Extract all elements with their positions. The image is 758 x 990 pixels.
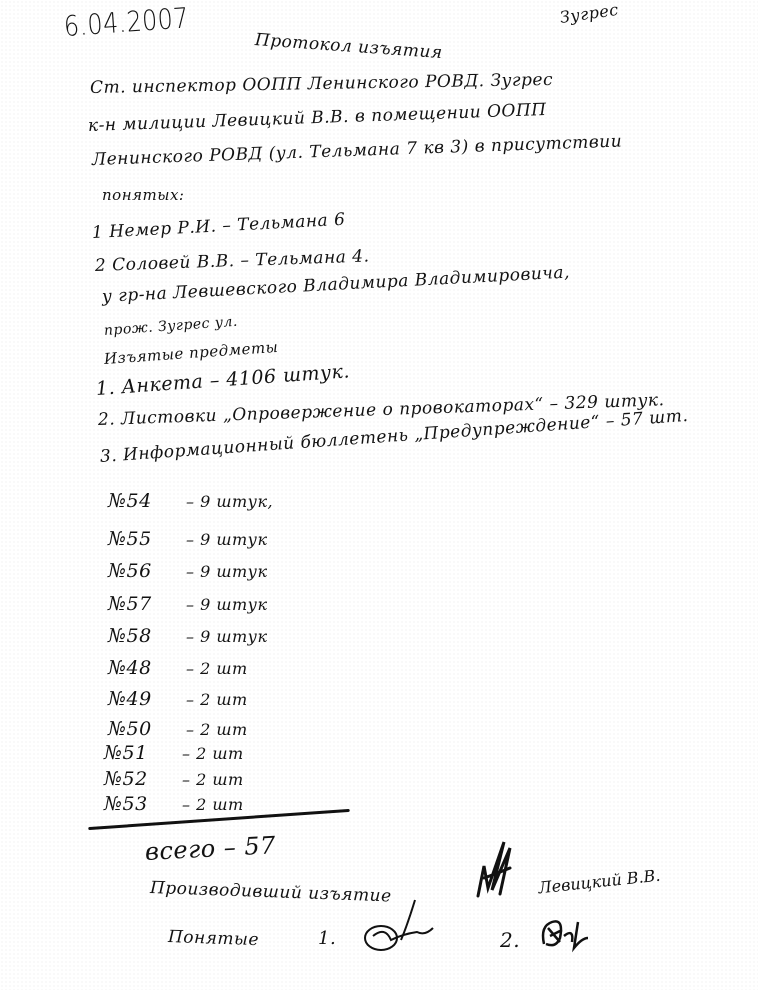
witness-name: Соловей В.В. – Тельмана 4. [112,246,370,275]
bulletin-issue-number: №57 [108,593,186,615]
witnesses-label: Понятые [168,927,260,950]
bulletin-issue-number: №49 [108,688,186,710]
bulletin-row: №57– 9 штук [108,593,268,615]
bulletin-quantity: – 9 штук, [186,492,273,511]
witness-sig-1-number: 1. [318,928,336,949]
bulletin-issue-number: №53 [104,793,182,815]
bulletin-row: №54– 9 штук, [108,490,273,512]
bulletin-row: №49– 2 шт [108,688,248,710]
bulletin-issue-number: №54 [108,490,186,512]
bulletin-quantity: – 2 шт [186,659,248,678]
bulletin-issue-number: №55 [108,528,186,550]
intro-line-2: к-н милиции Левицкий В.В. в помещении ОО… [88,100,547,136]
witness-number: 2 [95,256,107,276]
bulletin-quantity: – 9 штук [186,530,268,549]
intro-line-3: Ленинского РОВД (ул. Тельмана 7 кв 3) в … [92,131,623,169]
intro-line-4: понятых: [102,186,184,204]
bulletin-issue-number: №51 [104,742,182,764]
bulletin-issue-number: №48 [108,657,186,679]
bulletin-row: №55– 9 штук [108,528,268,550]
bulletin-issue-number: №56 [108,560,186,582]
witness-sig-2-number: 2. [500,928,520,952]
document-date: 6.04.2007 [63,1,190,43]
witness-2-signature [538,908,608,958]
witness-number: 1 [91,222,103,243]
seized-heading: Изъятые предметы [103,338,279,368]
witness-1-signature [355,896,445,958]
bulletin-quantity: – 9 штук [186,595,268,614]
witness-entry-1: 1 Немер Р.И. – Тельмана 6 [91,210,345,243]
bulletin-row: №48– 2 шт [108,657,248,679]
bulletin-issue-number: №52 [104,768,182,790]
total-count: всего – 57 [144,831,276,866]
bulletin-row: №52– 2 шт [104,768,244,790]
bulletin-quantity: – 2 шт [186,720,248,739]
witness-entry-2: 2 Соловей В.В. – Тельмана 4. [95,246,370,276]
bulletin-row: №51– 2 шт [104,742,244,764]
header-place: Зугрес [559,0,620,27]
bulletin-row: №53– 2 шт [104,793,244,815]
scanned-document-page: 6.04.2007 Протокол изъятия Зугрес Ст. ин… [0,0,758,990]
bulletin-quantity: – 9 штук [186,562,268,581]
bulletin-quantity: – 2 шт [182,770,244,789]
document-title: Протокол изъятия [254,30,443,63]
address-line: прож. Зугрес ул. [103,314,238,339]
bulletin-quantity: – 2 шт [186,690,248,709]
seized-item-1: 1. Анкета – 4106 штук. [95,360,350,400]
witness-name: Немер Р.И. – Тельмана 6 [109,210,346,242]
bulletin-issue-number: №58 [108,625,186,647]
bulletin-quantity: – 2 шт [182,795,244,814]
bulletin-row: №58– 9 штук [108,625,268,647]
bulletin-row: №56– 9 штук [108,560,268,582]
performer-signature [470,838,540,908]
bulletin-quantity: – 2 шт [182,744,244,763]
performer-name: Левицкий В.В. [537,866,661,898]
bulletin-row: №50– 2 шт [108,718,248,740]
intro-line-1: Ст. инспектор ООПП Ленинского РОВД. Зугр… [90,70,553,98]
bulletin-issue-number: №50 [108,718,186,740]
bulletin-quantity: – 9 штук [186,627,268,646]
